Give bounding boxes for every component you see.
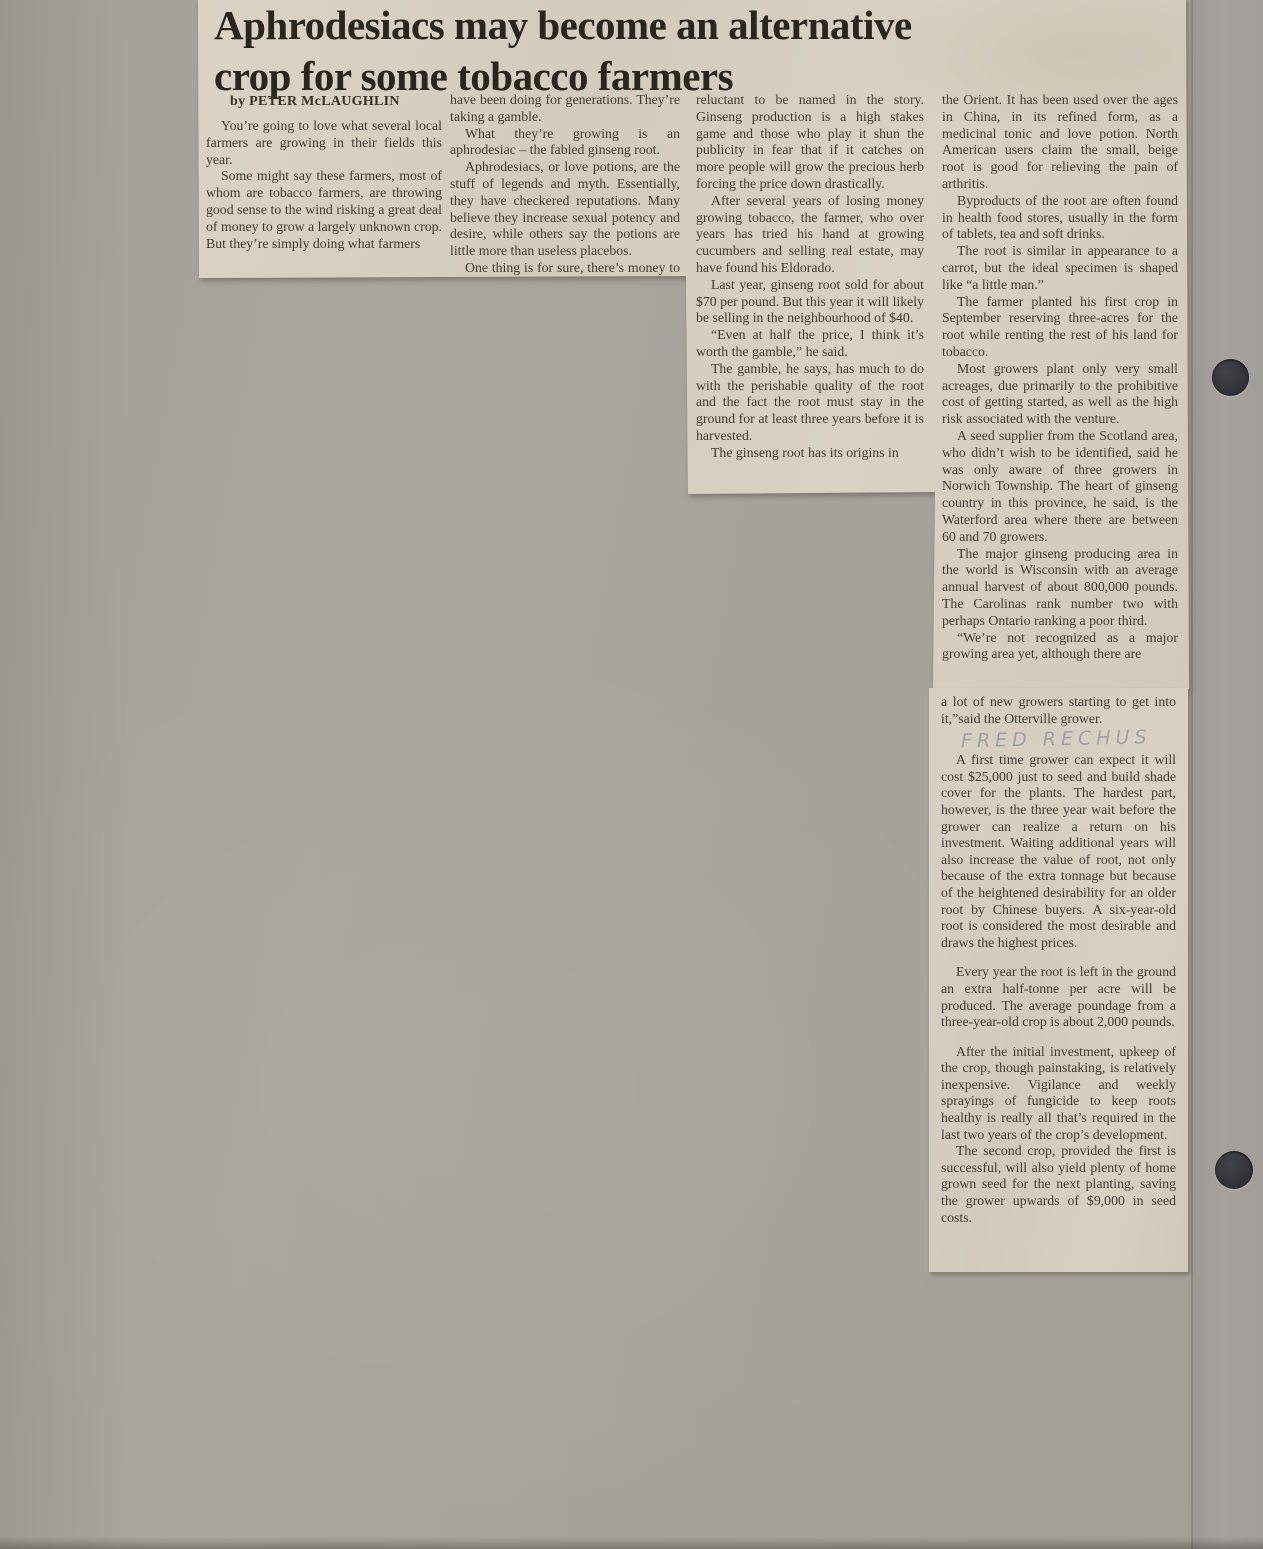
- page-bottom-shadow: [0, 1537, 1263, 1549]
- article-paragraph: Like many new and veteran growers of the…: [450, 428, 680, 462]
- article-paragraph: Some might say these farmers, most of wh…: [206, 168, 442, 252]
- newspaper-clipping-main: Aphrodesiacs may become an alternativecr…: [196, 0, 1192, 694]
- strip-lead-paragraphs: a lot of new growers starting to get int…: [941, 694, 1176, 727]
- handwritten-name: FRED RECHUS: [961, 726, 1176, 752]
- article-paragraph: A seed supplier from the Scotland area, …: [942, 428, 1178, 546]
- article-paragraph: The major ginseng producing area in the …: [942, 546, 1178, 630]
- newspaper-clipping-continuation-strip: a lot of new growers starting to get int…: [929, 688, 1188, 1272]
- article-column-3: reluctant to be named in the story. Gins…: [696, 92, 924, 462]
- article-paragraph: The second crop, provided the first is s…: [941, 1143, 1176, 1226]
- article-paragraph: a lot of new growers starting to get int…: [941, 694, 1176, 727]
- article-paragraph: Every year the root is left in the groun…: [941, 964, 1176, 1030]
- article-paragraph: After several years of losing money grow…: [696, 193, 924, 277]
- article-paragraph: “Even at half the price, I think it’s wo…: [696, 327, 924, 361]
- column-3-paragraphs: reluctant to be named in the story. Gins…: [696, 92, 924, 462]
- strip-paragraphs: A first time grower can expect it will c…: [941, 752, 1176, 1226]
- article-paragraph: “We’re not recognized as a major growing…: [942, 630, 1178, 664]
- article-paragraph: have been doing for generations. They’re…: [450, 92, 680, 126]
- punch-hole-bottom: [1215, 1151, 1253, 1189]
- article-paragraph: “I don’t know what else I can grow that …: [450, 344, 680, 428]
- column-4-paragraphs: the Orient. It has been used over the ag…: [942, 92, 1178, 663]
- article-paragraph: One thing is for sure, there’s money to …: [450, 260, 680, 344]
- article-column-4: the Orient. It has been used over the ag…: [942, 92, 1178, 663]
- article-paragraph: Aphrodesiacs, or love potions, are the s…: [450, 159, 680, 260]
- article-paragraph: The farmer planted his first crop in Sep…: [942, 294, 1178, 361]
- article-paragraph: A first time grower can expect it will c…: [941, 752, 1176, 951]
- column-1-paragraphs: You’re going to love what several local …: [206, 118, 442, 252]
- article-paragraph: Last year, ginseng root sold for about $…: [696, 277, 924, 327]
- article-paragraph: the Orient. It has been used over the ag…: [942, 92, 1178, 193]
- column-2-paragraphs: have been doing for generations. They’re…: [450, 92, 680, 462]
- clipping-paper: Aphrodesiacs may become an alternativecr…: [196, 0, 1192, 694]
- byline: by PETER McLAUGHLIN: [230, 94, 442, 110]
- article-paragraph: The ginseng root has its origins in: [696, 445, 924, 462]
- article-paragraph: Most growers plant only very small acrea…: [942, 361, 1178, 428]
- headline-block: Aphrodesiacs may become an alternativecr…: [214, 0, 1074, 102]
- article-column-2: have been doing for generations. They’re…: [450, 92, 680, 462]
- scrapbook-page: Aphrodesiacs may become an alternativecr…: [0, 0, 1263, 1549]
- article-paragraph: You’re going to love what several local …: [206, 118, 442, 168]
- article-paragraph: Byproducts of the root are often found i…: [942, 193, 1178, 243]
- article-paragraph: reluctant to be named in the story. Gins…: [696, 92, 924, 193]
- article-headline: Aphrodesiacs may become an alternativecr…: [214, 0, 1074, 102]
- article-paragraph: The root is similar in appearance to a c…: [942, 243, 1178, 293]
- page-left-shadow: [0, 0, 130, 1549]
- article-paragraph: What they’re growing is an aphrodesiac –…: [450, 126, 680, 160]
- page-right-edge: [1191, 0, 1263, 1549]
- article-paragraph: After the initial investment, upkeep of …: [941, 1044, 1176, 1144]
- article-paragraph: The gamble, he says, has much to do with…: [696, 361, 924, 445]
- headline-line-1: Aphrodesiacs may become an alternative: [214, 2, 912, 48]
- article-column-1: by PETER McLAUGHLIN You’re going to love…: [206, 94, 442, 252]
- punch-hole-top: [1212, 359, 1249, 396]
